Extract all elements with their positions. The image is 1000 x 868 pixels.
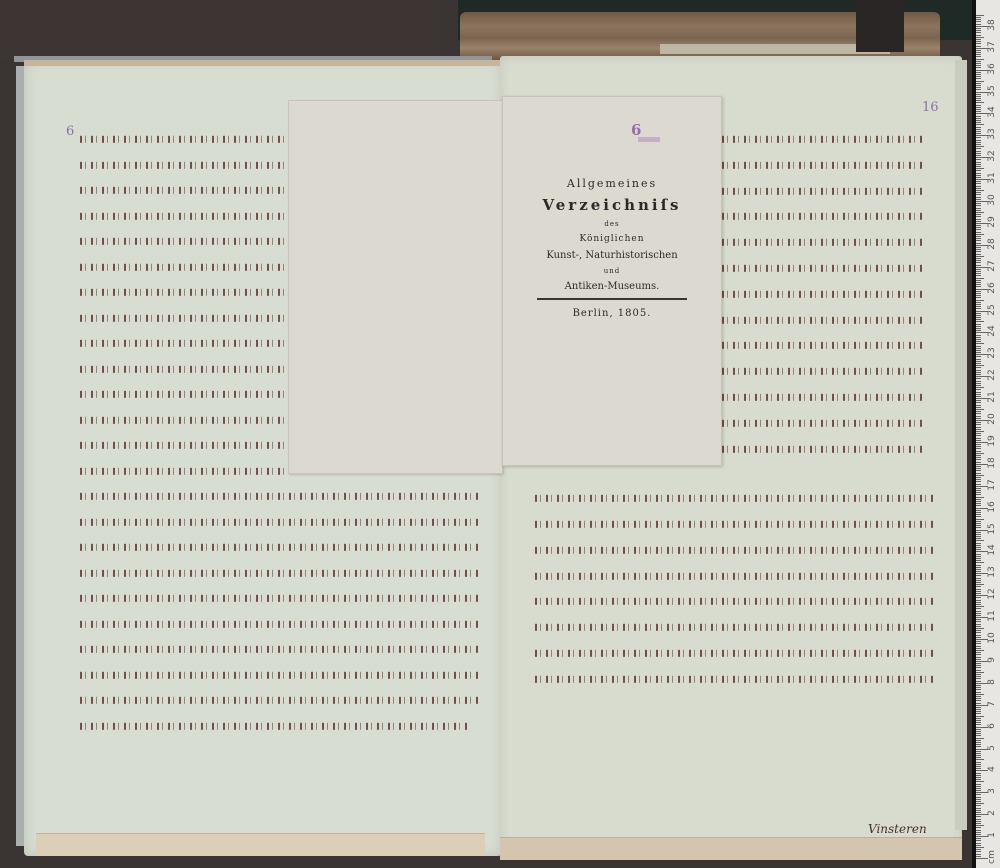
scale-label: 11 — [987, 608, 997, 624]
handwritten-line — [722, 287, 922, 301]
handwritten-line — [80, 336, 288, 350]
handwritten-line — [80, 617, 480, 631]
title-rule — [537, 298, 687, 300]
scale-label: 20 — [987, 411, 997, 427]
handwritten-line — [722, 313, 922, 327]
measuring-scale: cm12345678910111213141516171819202122232… — [972, 0, 1000, 868]
scale-label: 2 — [987, 805, 997, 821]
handwritten-line — [722, 235, 922, 249]
page-fore-edge — [955, 60, 967, 830]
title-line-verzeichniss: Verzeichniſs — [503, 196, 721, 214]
handwritten-line — [80, 489, 480, 503]
handwritten-line — [722, 209, 922, 223]
scale-label: 24 — [987, 323, 997, 339]
scale-label: 27 — [987, 258, 997, 274]
scale-label: 38 — [987, 17, 997, 33]
title-line-antiken: Antiken-Museums. — [503, 281, 721, 292]
handwritten-line — [722, 390, 922, 404]
background-dark-top — [0, 0, 458, 60]
scale-label: cm — [987, 849, 997, 865]
scale-label: 18 — [987, 455, 997, 471]
handwritten-line — [80, 183, 288, 197]
scale-label: 37 — [987, 39, 997, 55]
handwritten-line — [535, 620, 935, 634]
handwritten-line — [722, 416, 922, 430]
handwritten-line — [80, 693, 480, 707]
scale-label: 21 — [987, 389, 997, 405]
handwritten-line — [80, 642, 480, 656]
handwritten-line — [80, 719, 470, 733]
handwritten-line — [80, 209, 288, 223]
catchword: Vinsteren — [868, 822, 927, 836]
scale-label: 5 — [987, 740, 997, 756]
scale-label: 8 — [987, 674, 997, 690]
handwritten-line — [80, 132, 288, 146]
scale-label: 35 — [987, 83, 997, 99]
handwritten-line — [722, 158, 922, 172]
scale-label: 4 — [987, 761, 997, 777]
scale-label: 26 — [987, 280, 997, 296]
scale-label: 7 — [987, 696, 997, 712]
scale-label: 10 — [987, 630, 997, 646]
handwritten-line — [80, 438, 288, 452]
title-line-des: des — [503, 220, 721, 228]
scale-label: 29 — [987, 214, 997, 230]
binding-strap-right — [856, 0, 904, 52]
blank-title-verso — [288, 100, 503, 474]
handwritten-line — [80, 234, 288, 248]
handwritten-line — [80, 540, 480, 554]
handwritten-line — [80, 260, 288, 274]
scale-label: 30 — [987, 192, 997, 208]
handwritten-line — [80, 591, 480, 605]
handwritten-line — [535, 491, 935, 505]
handwritten-line — [80, 158, 288, 172]
scale-label: 22 — [987, 367, 997, 383]
scale-label: 13 — [987, 564, 997, 580]
handwritten-line — [80, 566, 480, 580]
handwritten-line — [722, 184, 922, 198]
title-line-und: und — [503, 267, 721, 275]
handwritten-line — [535, 543, 935, 557]
scale-label: 25 — [987, 302, 997, 318]
handwritten-line — [80, 515, 480, 529]
handwritten-line — [535, 646, 935, 660]
scale-label: 32 — [987, 148, 997, 164]
handwritten-line — [535, 672, 935, 686]
handwritten-line — [80, 413, 288, 427]
scale-label: 23 — [987, 345, 997, 361]
scale-label: 36 — [987, 61, 997, 77]
scale-label: 17 — [987, 477, 997, 493]
imprint-line: Berlin, 1805. — [503, 308, 721, 319]
handwritten-line — [80, 387, 288, 401]
right-folio-number: 16 — [922, 100, 939, 115]
scale-label: 34 — [987, 104, 997, 120]
handwritten-line — [80, 464, 288, 478]
handwritten-line — [80, 362, 288, 376]
printed-title-page: 6 Allgemeines Verzeichniſs des Königlich… — [502, 96, 722, 466]
scale-label: 15 — [987, 521, 997, 537]
handwritten-line — [80, 311, 288, 325]
handwritten-line — [535, 594, 935, 608]
scale-label: 12 — [987, 586, 997, 602]
scale-label: 16 — [987, 499, 997, 515]
scale-label: 28 — [987, 236, 997, 252]
scale-label: 31 — [987, 170, 997, 186]
handwritten-line — [80, 285, 288, 299]
handwritten-line — [722, 442, 922, 456]
title-line-kunst: Kunst-, Naturhistorischen — [503, 250, 721, 261]
binding-strap-left — [440, 0, 458, 56]
handwritten-line — [722, 132, 922, 146]
handwritten-line — [722, 364, 922, 378]
scale-label: 14 — [987, 542, 997, 558]
handwritten-line — [80, 668, 480, 682]
title-line-koeniglichen: Königlichen — [503, 234, 721, 244]
handwritten-line — [535, 517, 935, 531]
scale-label: 19 — [987, 433, 997, 449]
title-line-allgemeines: Allgemeines — [503, 177, 721, 190]
handwritten-line — [535, 569, 935, 583]
handwritten-line — [722, 261, 922, 275]
handwritten-line — [722, 338, 922, 352]
scale-label: 3 — [987, 783, 997, 799]
left-folio-mark: 6 — [66, 124, 74, 139]
scale-label: 1 — [987, 827, 997, 843]
scale-label: 33 — [987, 126, 997, 142]
scale-label: 9 — [987, 652, 997, 668]
scale-label: 6 — [987, 718, 997, 734]
stamp-smudge — [638, 137, 660, 142]
